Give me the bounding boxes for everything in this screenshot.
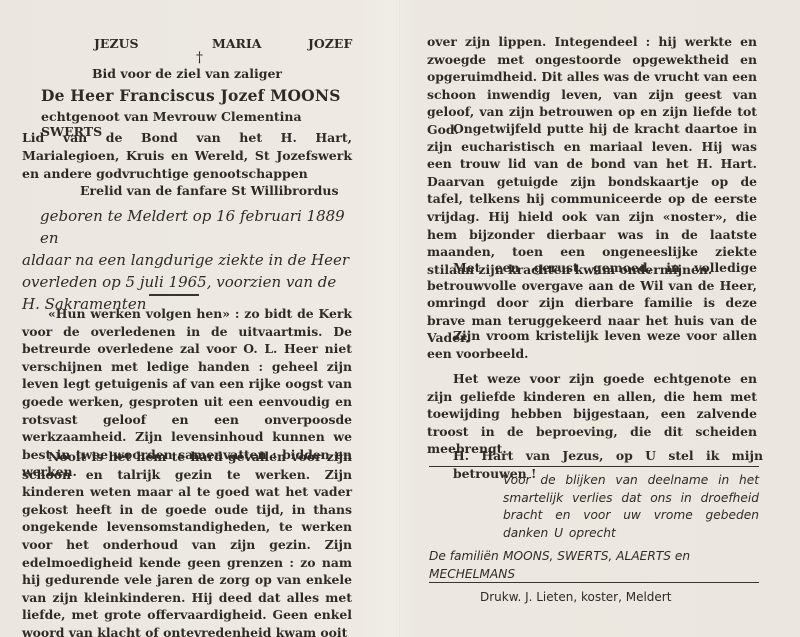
- header-jezus: JEZUS: [94, 36, 139, 51]
- header-jozef: JOZEF: [308, 36, 352, 51]
- families-label: De familiën: [429, 548, 503, 566]
- paragraph: Nooit is het hem te hard gevallen voor z…: [22, 448, 352, 637]
- paragraph: Zijn vroom kristelijk leven weze voor al…: [427, 327, 757, 362]
- divider: [429, 466, 759, 467]
- prayer-request: Bid voor de ziel van zaliger: [22, 66, 352, 81]
- cross-icon: †: [196, 50, 203, 66]
- thanks-note: Voor de blijken van deelname in het smar…: [503, 472, 759, 542]
- paragraph-text: Nooit is het hem te hard gevallen voor z…: [22, 449, 352, 637]
- memberships: Lid van de Bond van het H. Hart, Mariale…: [22, 129, 352, 183]
- deceased-name: De Heer Franciscus Jozef MOONS: [41, 86, 361, 105]
- paragraph: Het weze voor zijn goede echtgenote en z…: [427, 370, 757, 458]
- fold-line: [398, 0, 400, 637]
- paragraph-text: Het weze voor zijn goede echtgenote en z…: [427, 371, 757, 456]
- paragraph: Ongetwijfeld putte hij de kracht daartoe…: [427, 120, 757, 278]
- header-maria: MARIA: [212, 36, 261, 51]
- right-page: over zijn lippen. Integendeel : hij werk…: [427, 0, 762, 637]
- birth-line: geboren te Meldert op 16 februari 1889 e…: [22, 205, 352, 249]
- families-signature: De familiënMOONS, SWERTS, ALAERTS en MEC…: [429, 548, 759, 583]
- printer-credit: Drukw. J. Lieten, koster, Meldert: [480, 590, 671, 604]
- honorary-membership: Erelid van de fanfare St Willibrordus: [80, 183, 339, 198]
- paragraph-text: Ongetwijfeld putte hij de kracht daartoe…: [427, 121, 757, 277]
- left-page: JEZUS MARIA JOZEF † Bid voor de ziel van…: [22, 0, 352, 637]
- life-dates: geboren te Meldert op 16 februari 1889 e…: [22, 205, 352, 315]
- paragraph-text: Zijn vroom kristelijk leven weze voor al…: [427, 328, 757, 361]
- divider: [429, 582, 759, 583]
- memorial-card: JEZUS MARIA JOZEF † Bid voor de ziel van…: [0, 0, 800, 637]
- divider: [149, 294, 199, 296]
